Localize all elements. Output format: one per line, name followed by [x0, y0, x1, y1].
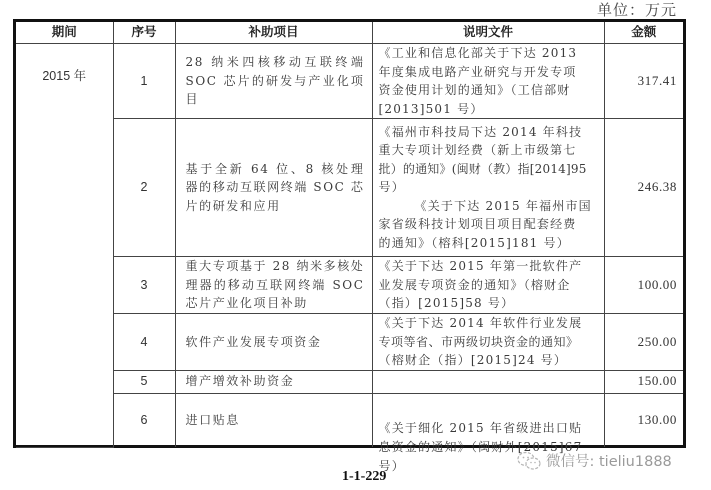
watermark-text: 微信号: tieliu1888 — [546, 450, 672, 471]
item-cell: 增产增效补助资金 — [175, 370, 372, 393]
doc-line: 《关于细化 2015 年省级进出口贴 — [379, 419, 583, 438]
doc-line: 号） — [379, 178, 598, 197]
item-cell: 基于全新 64 位、8 核处理器的移动互联网终端 SOC 芯片的研发和应用 — [175, 119, 372, 257]
amount-cell: 150.00 — [604, 370, 683, 393]
doc-line: [2013]501 号） — [379, 100, 598, 119]
table-row: 2015 年 1 28 纳米四核移动互联终端 SOC 芯片的研发与产业化项目 《… — [16, 44, 683, 119]
table-row: 5 增产增效补助资金 150.00 — [16, 370, 683, 393]
doc-cell — [372, 370, 604, 393]
doc-cell: 《关于下达 2015 年第一批软件产 业发展专项资金的通知》（榕财企 （指）[2… — [372, 257, 604, 314]
period-value: 2015 年 — [42, 69, 86, 83]
doc-line: 《关于下达 2014 年软件行业发展 — [379, 314, 598, 333]
header-doc: 说明文件 — [372, 22, 604, 44]
amount-cell: 250.00 — [604, 314, 683, 371]
item-cell: 软件产业发展专项资金 — [175, 314, 372, 371]
doc-line: （指）[2015]58 号） — [379, 294, 598, 313]
doc-line: （榕财企（指）[2015]24 号） — [379, 351, 598, 370]
doc-cell: 《工业和信息化部关于下达 2013 年度集成电路产业研究与开发专项 资金使用计划… — [372, 44, 604, 119]
seq-cell: 6 — [113, 393, 175, 447]
unit-label: 单位：万元 — [597, 0, 677, 20]
doc-line: 重大专项计划经费（新上市级第七 — [379, 141, 598, 160]
header-item: 补助项目 — [175, 22, 372, 44]
seq-cell: 3 — [113, 257, 175, 314]
doc-cell: 《福州市科技局下达 2014 年科技 重大专项计划经费（新上市级第七 批）的通知… — [372, 119, 604, 257]
amount-cell: 100.00 — [604, 257, 683, 314]
doc-cell: 《关于下达 2014 年软件行业发展 专项等省、市两级切块资金的通知》 （榕财企… — [372, 314, 604, 371]
watermark: 微信号: tieliu1888 — [516, 450, 672, 471]
doc-line: 业发展专项资金的通知》（榕财企 — [379, 276, 598, 295]
doc-line: 年度集成电路产业研究与开发专项 — [379, 63, 598, 82]
doc-line: 的通知》（榕科[2015]181 号） — [379, 234, 598, 253]
header-period: 期间 — [16, 22, 113, 44]
item-cell: 重大专项基于 28 纳米多核处理器的移动互联网终端 SOC 芯片产业化项目补助 — [175, 257, 372, 314]
amount-cell: 130.00 — [604, 393, 683, 447]
doc-cell: 《关于细化 2015 年省级进出口贴 息资金的通知》（闽财外[2015]67 号… — [372, 393, 604, 447]
doc-line: 资金使用计划的通知》（工信部财 — [379, 81, 598, 100]
seq-cell: 2 — [113, 119, 175, 257]
table-row: 3 重大专项基于 28 纳米多核处理器的移动互联网终端 SOC 芯片产业化项目补… — [16, 257, 683, 314]
header-row: 期间 序号 补助项目 说明文件 金额 — [16, 22, 683, 44]
doc-line: 《关于下达 2015 年第一批软件产 — [379, 257, 598, 276]
table-row: 6 进口贴息 《关于细化 2015 年省级进出口贴 息资金的通知》（闽财外[20… — [16, 393, 683, 447]
doc-line: 《工业和信息化部关于下达 2013 — [379, 44, 598, 63]
wechat-icon — [516, 451, 542, 471]
item-cell: 28 纳米四核移动互联终端 SOC 芯片的研发与产业化项目 — [175, 44, 372, 119]
table-row: 2 基于全新 64 位、8 核处理器的移动互联网终端 SOC 芯片的研发和应用 … — [16, 119, 683, 257]
period-cell: 2015 年 — [16, 44, 113, 448]
header-seq: 序号 — [113, 22, 175, 44]
doc-line: 家省级科技计划项目项目配套经费 — [379, 215, 598, 234]
doc-line: 批）的通知》(闽财（教）指[2014]95 — [379, 160, 598, 179]
seq-cell: 1 — [113, 44, 175, 119]
header-amount: 金额 — [604, 22, 683, 44]
doc-line: 专项等省、市两级切块资金的通知》 — [379, 333, 598, 352]
doc-line: 《福州市科技局下达 2014 年科技 — [379, 123, 598, 142]
seq-cell: 4 — [113, 314, 175, 371]
amount-cell: 317.41 — [604, 44, 683, 119]
subsidy-table: 期间 序号 补助项目 说明文件 金额 2015 年 1 28 纳米四核移动互联终… — [13, 19, 686, 448]
item-cell: 进口贴息 — [175, 393, 372, 447]
seq-cell: 5 — [113, 370, 175, 393]
amount-cell: 246.38 — [604, 119, 683, 257]
doc-line: 《关于下达 2015 年福州市国 — [379, 197, 598, 216]
table-row: 4 软件产业发展专项资金 《关于下达 2014 年软件行业发展 专项等省、市两级… — [16, 314, 683, 371]
